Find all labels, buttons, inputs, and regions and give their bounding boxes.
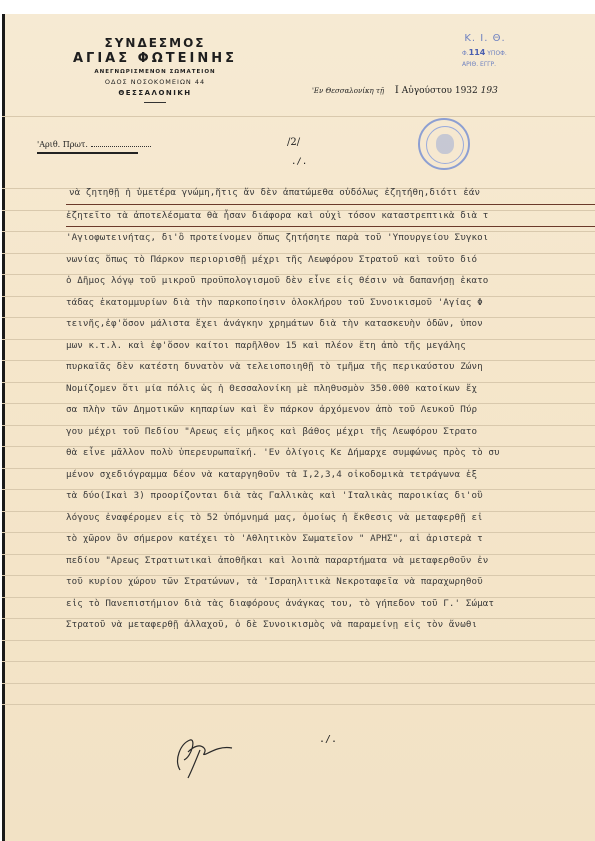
letterhead-association: ΣΥΝΔΕΣΜΟΣ — [40, 36, 270, 50]
body-line: τοῦ κυρίου χώρου τῶν Στρατώνων, τὰ 'Ισρα… — [66, 571, 595, 593]
letter-body: νὰ ζητηθῇ ἡ ὑμετέρα γνώμη,ἥτις ἄν δὲν ἀπ… — [66, 182, 595, 636]
body-line: γου μέχρι τοῦ Πεδίου "Αρεως εἰς μῆκος κα… — [66, 421, 595, 443]
letterhead-address: ΟΔΟΣ ΝΟΣΟΚΟΜΕΙΩΝ 44 — [40, 78, 270, 86]
body-line: τάδας ἑκατομμυρίων διὰ τὴν παρκοποίησιν … — [66, 292, 595, 314]
page-number: /2/ — [287, 137, 300, 148]
archive-stamp: Κ. Ι. Θ. Φ.114 ΥΠΟΦ. ΑΡΙΘ. ΕΓΓΡ. — [440, 33, 530, 68]
date-month-year: Αὐγούστου 1932 — [402, 86, 478, 96]
date-day: I — [395, 85, 399, 96]
body-line: Στρατοῦ νὰ μεταφερθῇ ἀλλαχοῦ, ὁ δὲ Συνοι… — [66, 614, 595, 636]
archive-stamp-document: ΑΡΙΘ. ΕΓΓΡ. — [440, 61, 530, 68]
handwritten-signature-icon — [170, 730, 240, 780]
body-line: μων κ.τ.λ. καὶ ἐφ'ὅσον καίτοι παρῆλθον 1… — [66, 335, 595, 357]
body-line: τεινῆς,ἐφ'ὅσον μάλιστα ἔχει ἀνάγκην χρημ… — [66, 313, 595, 335]
date-line: 'Εν Θεσσαλονίκη τῇ I Αὐγούστου 1932 193 — [312, 85, 498, 96]
archive-stamp-org: Κ. Ι. Θ. — [440, 33, 530, 44]
ruled-line — [2, 640, 595, 641]
body-line: νὰ ζητηθῇ ἡ ὑμετέρα γνώμη,ἥτις ἄν δὲν ἀπ… — [66, 182, 595, 205]
ruled-line — [2, 683, 595, 684]
ruled-line — [2, 116, 595, 117]
body-line: Νομίζομεν ὅτι μία πόλις ὡς ἡ Θεσσαλονίκη… — [66, 378, 595, 400]
continuation-mark-top: ./. — [291, 157, 307, 167]
body-line: τὰ δύο(Ικαὶ 3) προορίζονται διὰ τὰς Γαλλ… — [66, 485, 595, 507]
body-line: πυρκαϊᾶς δὲν κατέστη δυνατὸν νὰ τελειοπο… — [66, 356, 595, 378]
protocol-underline — [37, 152, 138, 154]
body-line: 'Αγιοφωτεινήτας, δι'ὃ προτείνομεν ὅπως ζ… — [66, 227, 595, 249]
body-line: ἐζητεῖτο τὰ ἀποτελέσματα θὰ ἦσαν διάφορα… — [66, 205, 595, 228]
archive-folder-number: 114 — [469, 48, 486, 57]
seal-portrait — [436, 134, 454, 154]
body-line: ὁ Δῆμος λόγῳ τοῦ μικροῦ προϋπολογισμοῦ δ… — [66, 270, 595, 292]
body-line: εἰς τὸ Πανεπιστήμιον διὰ τὰς διαφόρους ἀ… — [66, 593, 595, 615]
ruled-line — [2, 704, 595, 705]
body-line: λόγους ἐναφέρομεν εἰς τὸ 52 ὑπόμνημά μας… — [66, 507, 595, 529]
letterhead-name: ΑΓΙΑΣ ΦΩΤΕΙΝΗΣ — [40, 51, 270, 66]
date-place: 'Εν Θεσσαλονίκη τῇ — [312, 87, 384, 95]
protocol-number-label: 'Αριθ. Πρωτ. — [37, 140, 88, 149]
continuation-mark-bottom: ./. — [319, 734, 337, 745]
body-line: νωνίας ὅπως τὸ Πάρκον περιορισθῇ μέχρι τ… — [66, 249, 595, 271]
letterhead: ΣΥΝΔΕΣΜΟΣ ΑΓΙΑΣ ΦΩΤΕΙΝΗΣ ΑΝΕΓΝΩΡΙΣΜΕΝΟΝ … — [40, 36, 270, 103]
body-line: πεδίου "Αρεως Στρατιωτικαὶ ἀποθῆκαι καὶ … — [66, 550, 595, 572]
body-line: τὸ χῶρον ὃν σήμερον κατέχει τὸ 'Αθλητικὸ… — [66, 528, 595, 550]
protocol-number-blank — [91, 146, 151, 147]
ruled-line — [2, 661, 595, 662]
date-printed-year: 193 — [481, 86, 498, 96]
protocol-number-field: 'Αριθ. Πρωτ. — [37, 140, 151, 149]
body-line: θὰ εἶνε μᾶλλον πολὺ ὑπερευρωπαϊκή. 'Εν ὀ… — [66, 442, 595, 464]
circular-seal-icon — [418, 118, 470, 170]
archive-stamp-folder: Φ.114 ΥΠΟΦ. — [440, 48, 530, 57]
body-line: μένον σχεδιόγραμμα δέον νὰ καταργηθοῦν τ… — [66, 464, 595, 486]
letterhead-city: ΘΕΣΣΑΛΟΝΙΚΗ — [40, 89, 270, 97]
letterhead-divider — [144, 102, 166, 103]
letterhead-status: ΑΝΕΓΝΩΡΙΣΜΕΝΟΝ ΣΩΜΑΤΕΙΟΝ — [40, 69, 270, 75]
body-line: σα πλὴν τῶν Δημοτικῶν κηπαρίων καὶ ἓν πά… — [66, 399, 595, 421]
